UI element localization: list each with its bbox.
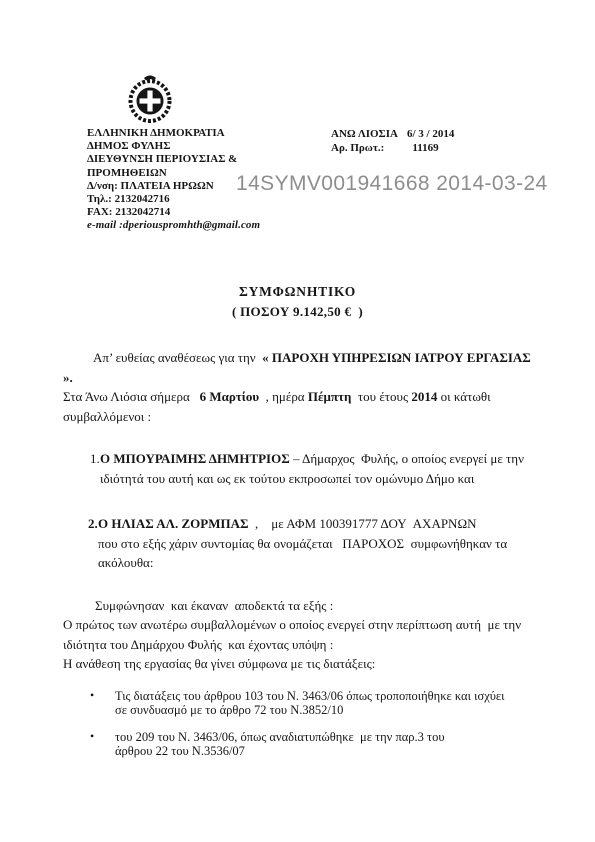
provider-description-text: που στο εξής χάριν συντομίας θα ονομάζετ…: [98, 536, 507, 571]
item1-number: 1.: [90, 449, 100, 469]
party-item-mayor: 1. Ο ΜΠΟΥΡΑΙΜΗΣ ΔΗΜΗΤΡΙΟΣ – Δήμαρχος Φυλ…: [63, 449, 535, 488]
bullet1-line2: σε συνδυασμό με το άρθρο 72 του Ν.3852/1…: [115, 703, 535, 717]
party-item-provider: 2. Ο ΗΛΙΑΣ ΑΛ. ΖΟΡΜΠΑΣ , με ΑΦΜ 10039177…: [63, 514, 535, 573]
item2-number: 2.: [88, 514, 98, 534]
registry-watermark: 14SYMV001941668 2014-03-24: [236, 172, 548, 196]
provider-afm-text: , με ΑΦΜ 100391777 ΔΟΥ ΑΧΑΡΝΩΝ: [248, 516, 476, 531]
header-line-phone: Τηλ.: 2132042716: [87, 193, 260, 206]
header-line-fax: FAX: 2132042714: [87, 206, 260, 219]
bullet2-line2: άρθρου 22 του Ν.3536/07: [115, 744, 535, 758]
sender-header-block: ΕΛΛΗΝΙΚΗ ΔΗΜΟΚΡΑΤΙΑ ΔΗΜΟΣ ΦΥΛΗΣ ΔΙΕΥΘΥΝΣ…: [87, 127, 260, 233]
header-line-directorate2: ΠΡΟΜΗΘΕΙΩΝ: [87, 167, 260, 180]
year-text: 2014: [411, 389, 437, 404]
paragraph-date-parties: Στα Άνω Λιόσια σήμερα 6 Μαρτίου , ημέρα …: [63, 387, 535, 426]
day-label-text: , ημέρα: [259, 389, 308, 404]
paragraph-assignment: Απ’ ευθείας αναθέσεως για την « ΠΑΡΟΧΗ Υ…: [63, 348, 535, 387]
header-line-republic: ΕΛΛΗΝΙΚΗ ΔΗΜΟΚΡΑΤΙΑ: [87, 127, 260, 140]
bullet1-line1: Τις διατάξεις του άρθρου 103 του Ν. 3463…: [115, 689, 535, 703]
paragraph-first-party: Ο πρώτος των ανωτέρω συμβαλλομένων ο οπο…: [63, 615, 535, 654]
provider-name-text: Ο ΗΛΙΑΣ ΑΛ. ΖΟΡΜΠΑΣ: [98, 516, 248, 531]
date-intro-text: Στα Άνω Λιόσια σήμερα: [63, 389, 200, 404]
contract-day-text: 6 Μαρτίου: [200, 389, 260, 404]
paragraph-agreed: Συμφώνησαν και έκαναν αποδεκτά τα εξής :: [63, 596, 535, 616]
protocol-label: Αρ. Πρωτ.:: [331, 142, 384, 156]
title-amount-line: ( ΠΟΣΟΥ 9.142,50 € ): [0, 304, 595, 320]
document-title: ΣΥΜΦΩΝΗΤΙΚΟ ( ΠΟΣΟΥ 9.142,50 € ): [0, 284, 595, 320]
greek-emblem-icon: [126, 74, 174, 124]
title-line: ΣΥΜΦΩΝΗΤΙΚΟ: [0, 284, 595, 300]
provision-bullet-1: • Τις διατάξεις του άρθρου 103 του Ν. 34…: [63, 689, 535, 717]
document-body: Απ’ ευθείας αναθέσεως για την « ΠΑΡΟΧΗ Υ…: [63, 348, 535, 758]
city-label: ΑΝΩ ΛΙΟΣΙΑ: [331, 128, 398, 142]
bullet2-line1: του 209 του Ν. 3463/06, όπως αναδιατυπώθ…: [115, 730, 535, 744]
year-label-text: του έτους: [351, 389, 411, 404]
assignment-text: Απ’ ευθείας αναθέσεως για την: [93, 350, 262, 365]
bullet-icon: •: [90, 729, 94, 743]
header-line-address: Δ/νση: ΠΛΑΤΕΙΑ ΗΡΩΩΝ: [87, 180, 260, 193]
date-protocol-block: ΑΝΩ ΛΙΟΣΙΑ 6/ 3 / 2014 Αρ. Πρωτ.: 11169: [331, 128, 454, 155]
header-line-email: e-mail :dperiouspromhth@gmail.com: [87, 219, 260, 232]
document-date: 6/ 3 / 2014: [407, 128, 454, 142]
header-line-directorate: ΔΙΕΥΘΥΝΣΗ ΠΕΡΙΟΥΣΙΑΣ &: [87, 153, 260, 166]
mayor-name-text: Ο ΜΠΟΥΡΑΙΜΗΣ ΔΗΜΗΤΡΙΟΣ: [100, 451, 290, 466]
header-line-municipality: ΔΗΜΟΣ ΦΥΛΗΣ: [87, 140, 260, 153]
provision-bullet-2: • του 209 του Ν. 3463/06, όπως αναδιατυπ…: [63, 730, 535, 758]
weekday-text: Πέμπτη: [308, 389, 352, 404]
protocol-number: 11169: [412, 142, 438, 156]
document-page: ΕΛΛΗΝΙΚΗ ΔΗΜΟΚΡΑΤΙΑ ΔΗΜΟΣ ΦΥΛΗΣ ΔΙΕΥΘΥΝΣ…: [0, 0, 595, 842]
paragraph-provisions-intro: Η ανάθεση της εργασίας θα γίνει σύμφωνα …: [63, 654, 535, 674]
bullet-icon: •: [90, 688, 94, 702]
